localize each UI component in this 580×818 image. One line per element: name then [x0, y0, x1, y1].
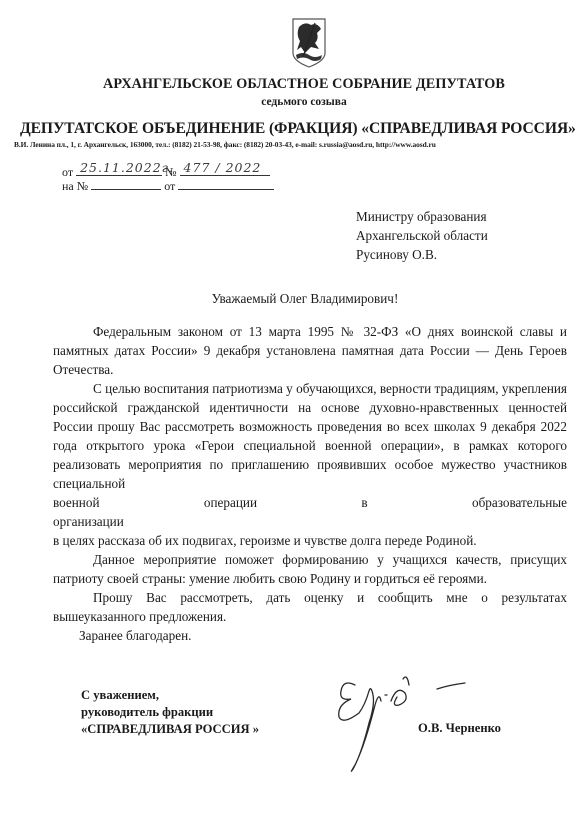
- handwritten-date: 25.11.2022г.: [80, 160, 174, 175]
- reply-from-label: от: [164, 179, 175, 194]
- reply-number-label: на №: [62, 179, 88, 194]
- date-field: 25.11.2022г.: [76, 163, 162, 176]
- greeting: Уважаемый Олег Владимирович!: [0, 291, 580, 307]
- contacts-line: В.И. Ленина пл., 1, г. Архангельск, 1630…: [14, 140, 436, 149]
- coat-of-arms-icon: [291, 17, 327, 69]
- body-paragraph: Прошу Вас рассмотреть, дать оценку и соо…: [53, 588, 567, 626]
- fraction-name: «СПРАВЕДЛИВАЯ РОССИЯ »: [81, 721, 259, 738]
- body-paragraph: в целях рассказа об их подвигах, героизм…: [53, 531, 567, 550]
- fraction-title: ДЕПУТАТСКОЕ ОБЪЕДИНЕНИЕ (ФРАКЦИЯ) «СПРАВ…: [20, 120, 576, 138]
- number-field: 477 / 2022: [180, 163, 270, 176]
- signature-block: С уважением, руководитель фракции «СПРАВ…: [81, 687, 259, 738]
- signatory-name: О.В. Черненко: [418, 721, 501, 736]
- position: руководитель фракции: [81, 704, 259, 721]
- addressee-block: Министру образования Архангельской облас…: [356, 207, 488, 264]
- convocation-subtitle: седьмого созыва: [0, 96, 580, 108]
- body-paragraph: военной операции в образовательные орган…: [53, 493, 567, 531]
- registration-reply: на № от: [62, 177, 274, 194]
- body-paragraph: С целью воспитания патриотизма у обучающ…: [53, 379, 567, 493]
- body-paragraph: Федеральным законом от 13 марта 1995 № 3…: [53, 322, 567, 379]
- addressee-line: Министру образования: [356, 207, 488, 226]
- closing: С уважением,: [81, 687, 259, 704]
- reply-date-field: [178, 177, 274, 190]
- addressee-line: Архангельской области: [356, 226, 488, 245]
- letter-body: Федеральным законом от 13 марта 1995 № 3…: [53, 322, 567, 645]
- body-paragraph: Заранее благодарен.: [53, 626, 567, 645]
- organization-title: АРХАНГЕЛЬСКОЕ ОБЛАСТНОЕ СОБРАНИЕ ДЕПУТАТ…: [0, 76, 580, 93]
- reply-number-field: [91, 177, 161, 190]
- addressee-line: Русинову О.В.: [356, 245, 488, 264]
- handwritten-number: 477 / 2022: [184, 160, 262, 175]
- body-paragraph: Данное мероприятие поможет формированию …: [53, 550, 567, 588]
- handwritten-signature-icon: [325, 665, 475, 775]
